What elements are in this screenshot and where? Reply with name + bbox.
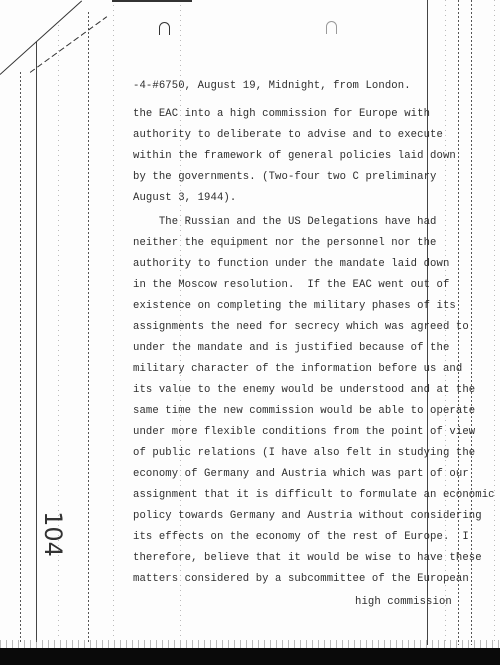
scan-rule: [20, 72, 21, 642]
text-line: its effects on the economy of the rest o…: [133, 531, 469, 543]
text-line: economy of Germany and Austria which was…: [133, 468, 469, 480]
text-line: within the framework of general policies…: [133, 150, 456, 162]
text-line: authority to deliberate to advise and to…: [133, 129, 443, 141]
text-line: matters considered by a subcommittee of …: [133, 573, 469, 585]
text-line: military character of the information be…: [133, 363, 462, 375]
message-header: -4-#6750, August 19, Midnight, from Lond…: [133, 80, 411, 92]
scan-rule: [36, 42, 37, 642]
scan-edge-strip: [0, 640, 500, 648]
text-line: assignment that it is difficult to formu…: [133, 489, 495, 501]
text-line: under the mandate and is justified becau…: [133, 342, 449, 354]
text-line: The Russian and the US Delegations have …: [133, 216, 437, 228]
text-line: therefore, believe that it would be wise…: [133, 552, 482, 564]
text-line: August 3, 1944).: [133, 192, 236, 204]
scan-rule: [88, 12, 89, 642]
text-line: assignments the need for secrecy which w…: [133, 321, 469, 333]
top-edge-line: [112, 0, 192, 2]
text-line: under more flexible conditions from the …: [133, 426, 475, 438]
scan-rule: [471, 0, 472, 645]
scan-rule: [113, 0, 114, 640]
scan-rule: [494, 0, 495, 645]
text-line: of public relations (I have also felt in…: [133, 447, 475, 459]
text-line: authority to function under the mandate …: [133, 258, 449, 270]
text-line: same time the new commission would be ab…: [133, 405, 475, 417]
text-line: policy towards Germany and Austria witho…: [133, 510, 482, 522]
text-line: existence on completing the military pha…: [133, 300, 456, 312]
scan-rule: [180, 0, 181, 640]
punch-hole-mark: [326, 21, 337, 34]
punch-hole-mark: [159, 22, 170, 35]
text-line: its value to the enemy would be understo…: [133, 384, 475, 396]
text-line: neither the equipment nor the personnel …: [133, 237, 437, 249]
text-line: the EAC into a high commission for Europ…: [133, 108, 430, 120]
fold-line: [30, 16, 107, 73]
scan-bottom-band: [0, 648, 500, 665]
handwritten-page-number: 104: [39, 511, 67, 557]
scanned-document-page: -4-#6750, August 19, Midnight, from Lond…: [0, 0, 500, 665]
text-line: by the governments. (Two-four two C prel…: [133, 171, 437, 183]
continuation-catchword: high commission: [355, 596, 452, 608]
text-line: in the Moscow resolution. If the EAC wen…: [133, 279, 449, 291]
